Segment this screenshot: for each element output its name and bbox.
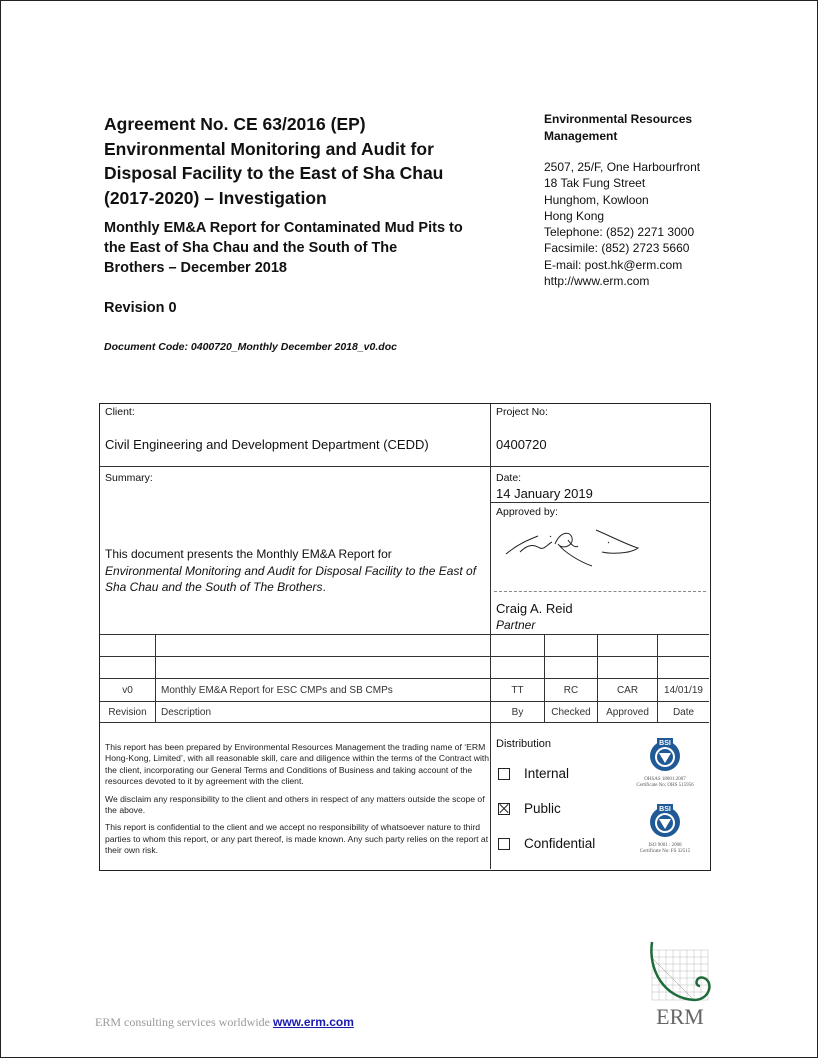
disclaimer-paragraph: We disclaim any responsibility to the cl… (105, 794, 490, 817)
rev-checked: RC (545, 685, 597, 696)
bsi-icon: BSI (645, 802, 685, 838)
rev-by: TT (491, 685, 544, 696)
signature-image (500, 522, 650, 572)
divider (100, 722, 709, 723)
rev-description: Monthly EM&A Report for ESC CMPs and SB … (161, 685, 393, 696)
approved-by-label: Approved by: (496, 506, 558, 518)
cert-number: Certificate No: FS 32515 (625, 849, 705, 855)
footer-link[interactable]: www.erm.com (273, 1015, 354, 1029)
rev-cell: v0 (100, 685, 155, 696)
bsi-iso-logo: BSI ISO 9001 : 2008 Certificate No: FS 3… (625, 802, 705, 855)
internal-checkbox[interactable] (498, 768, 510, 780)
address-line: Hong Kong (544, 208, 734, 224)
divider (100, 678, 709, 679)
bsi-text: BSI (659, 806, 671, 813)
address-line: Hunghom, Kowloon (544, 192, 734, 208)
divider (100, 656, 709, 657)
bsi-text: BSI (659, 740, 671, 747)
email[interactable]: E-mail: post.hk@erm.com (544, 257, 734, 273)
summary-project: Environmental Monitoring and Audit for D… (105, 564, 476, 595)
revision-label: Revision 0 (104, 300, 177, 316)
subtitle-line: the East of Sha Chau and the South of Th… (104, 238, 524, 258)
disclaimer: This report has been prepared by Environ… (105, 742, 490, 863)
summary-end: . (322, 580, 325, 594)
summary-lead: This document presents the Monthly EM&A … (105, 547, 392, 561)
erm-logo-text: ERM (656, 1004, 704, 1029)
subtitle-line: Monthly EM&A Report for Contaminated Mud… (104, 218, 524, 238)
company-name-line: Management (544, 128, 734, 145)
bsi-icon: BSI (645, 736, 685, 772)
document-title: Agreement No. CE 63/2016 (EP) Environmen… (104, 112, 524, 210)
subtitle-line: Brothers – December 2018 (104, 258, 524, 278)
summary-text: This document presents the Monthly EM&A … (105, 546, 490, 596)
telephone: Telephone: (852) 2271 3000 (544, 224, 734, 240)
date-value: 14 January 2019 (496, 486, 593, 501)
bsi-ohsas-logo: BSI OHSAS 18001:2007 Certificate No: OHS… (625, 736, 705, 789)
header-by: By (491, 707, 544, 718)
header-checked: Checked (545, 707, 597, 718)
date-label: Date: (496, 472, 521, 484)
divider (155, 634, 156, 722)
erm-logo: ERM (644, 940, 724, 1030)
company-name-line: Environmental Resources (544, 111, 734, 128)
erm-logo-icon: ERM (644, 940, 724, 1030)
internal-label: Internal (524, 766, 569, 781)
title-line: Agreement No. CE 63/2016 (EP) (104, 112, 524, 137)
divider (490, 404, 491, 869)
distribution-label: Distribution (496, 738, 551, 750)
rev-date: 14/01/19 (658, 685, 709, 696)
cert-number: Certificate No: OHS 515956 (625, 783, 705, 789)
divider (491, 502, 709, 503)
disclaimer-paragraph: This report has been prepared by Environ… (105, 742, 490, 788)
public-label: Public (524, 801, 561, 816)
facsimile: Facsimile: (852) 2723 5660 (544, 240, 734, 256)
confidential-checkbox[interactable] (498, 838, 510, 850)
footer-text: ERM consulting services worldwide (95, 1015, 273, 1029)
divider (100, 701, 709, 702)
header-description: Description (161, 707, 211, 718)
document-code: Document Code: 0400720_Monthly December … (104, 341, 397, 353)
title-line: Environmental Monitoring and Audit for (104, 137, 524, 162)
project-label: Project No: (496, 406, 548, 418)
summary-label: Summary: (105, 472, 153, 484)
rev-approved: CAR (598, 685, 657, 696)
title-line: Disposal Facility to the East of Sha Cha… (104, 161, 524, 186)
approver-title: Partner (496, 618, 535, 632)
header-revision: Revision (100, 707, 155, 718)
company-name: Environmental Resources Management (544, 111, 734, 145)
document-control-table: Client: Civil Engineering and Developmen… (99, 403, 711, 871)
public-checkbox[interactable] (498, 803, 510, 815)
client-value: Civil Engineering and Development Depart… (105, 437, 429, 452)
disclaimer-paragraph: This report is confidential to the clien… (105, 822, 490, 856)
signature-line (494, 591, 706, 592)
confidential-label: Confidential (524, 836, 595, 851)
header-approved: Approved (598, 707, 657, 718)
address-line: 2507, 25/F, One Harbourfront (544, 159, 734, 175)
address-line: 18 Tak Fung Street (544, 175, 734, 191)
divider (100, 466, 709, 467)
company-address: 2507, 25/F, One Harbourfront 18 Tak Fung… (544, 159, 734, 289)
title-line: (2017-2020) – Investigation (104, 186, 524, 211)
divider (100, 634, 709, 635)
project-value: 0400720 (496, 437, 547, 452)
document-subtitle: Monthly EM&A Report for Contaminated Mud… (104, 218, 524, 278)
footer: ERM consulting services worldwide www.er… (95, 1015, 354, 1030)
approver-name: Craig A. Reid (496, 601, 573, 616)
client-label: Client: (105, 406, 135, 418)
website[interactable]: http://www.erm.com (544, 273, 734, 289)
header-date: Date (658, 707, 709, 718)
